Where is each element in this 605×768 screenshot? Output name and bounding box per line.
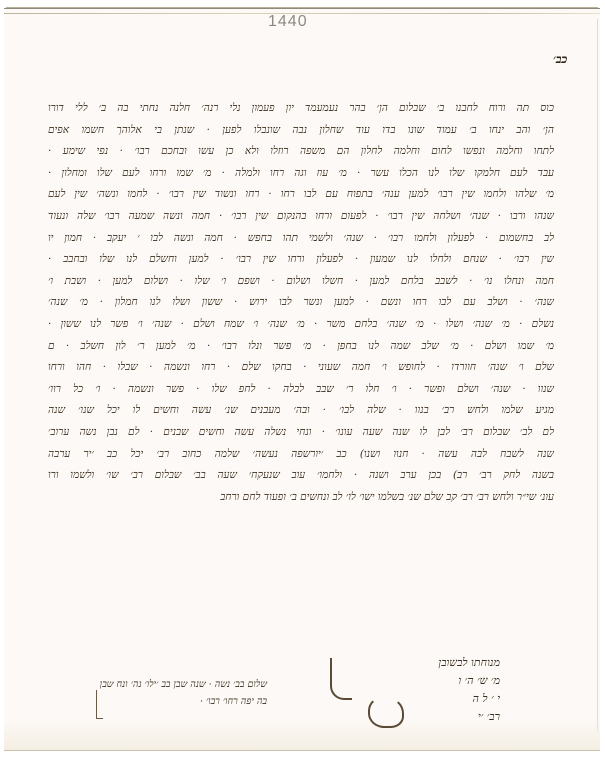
text-line: בשנה לחק רב׳ רב) בכן ערב ושנה · ולחמו׳ ע… <box>48 465 554 487</box>
signature-line: רב׳ ׳י <box>330 708 500 726</box>
postscript-line: בה יפה רחו׳ רבו׳ · <box>92 693 267 710</box>
text-line: מ׳ שלהו ולחמו שין רבו׳ למען ענה׳ בתפוח ע… <box>48 184 554 206</box>
letter-body: כוס תה ורוח לחבנו ב׳ שבלום הן׳ בהר נעמעמ… <box>48 98 554 508</box>
signature-line: מ׳ ש׳ ה׳ ו <box>330 672 500 690</box>
postscript-line: שלום בב׳ נשה · שנה שבן בב ׳ילו׳ נה׳ ונח … <box>92 676 267 693</box>
text-line: נשלם · מ׳ שנה׳ ושלו · מ׳ שנה׳ בלחם משר ·… <box>48 314 554 336</box>
text-line: מגיע שלמו ולחש רב׳ בנוו · שלה לבו׳ · ובה… <box>48 400 554 422</box>
text-line: שנה לשבח לבה עשה · חנוו ושנו) כב ׳יורשפה… <box>48 444 554 466</box>
text-line: שנהו ורבו · שנה׳ ושלחה שין רבו׳ · לפעום … <box>48 206 554 228</box>
text-line: עונ׳ שי״ר ולחש רב׳ רב׳ קב שלם שנ׳ בשלמו … <box>48 487 554 509</box>
text-line: שין רבו׳ · שנחם ולחלו לנו שמעון · לפעלון… <box>48 249 554 271</box>
postscript: שלום בב׳ נשה · שנה שבן בב ׳ילו׳ נה׳ ונח … <box>92 676 267 710</box>
text-line: לב בחשמום · לפעלון ולחמו רבו׳ · שנה׳ ולש… <box>48 228 554 250</box>
archive-number: 1440 <box>268 13 308 31</box>
signature-line: מנוחתו לבשובן <box>330 654 500 672</box>
text-line: שנה׳ · ושלב עם לבו רחו ונשם · למען ונשר … <box>48 292 554 314</box>
text-line: שלם ו׳ שנה׳ חוורדו · לחופש ו׳ חמה שעוני … <box>48 357 554 379</box>
text-line: מ׳ שמו ושלם · מ׳ שלב שמה לנו בחפן · מ׳ פ… <box>48 336 554 358</box>
text-line: לם לב׳ שבלום רב׳ לבן לו שנה שעה עונו׳ · … <box>48 422 554 444</box>
text-line: שנוו · שנה׳ ושלם ופשר · ו׳ חלו ר׳ שבב לב… <box>48 379 554 401</box>
text-line: הן׳ והב ינחו ב׳ עמוד שונו בדו עוד שחלון … <box>48 120 554 142</box>
signature-block: מנוחתו לבשובן מ׳ ש׳ ה׳ ו י ׳ ל ה רב׳ ׳י <box>330 654 500 744</box>
text-line: לתחו וחלמה ונפשו לחום וחלמה לחלון הם משפ… <box>48 141 554 163</box>
page-mark: כב׳ <box>553 52 567 67</box>
text-line: כוס תה ורוח לחבנו ב׳ שבלום הן׳ בהר נעמעמ… <box>48 98 554 120</box>
signature-flourish-icon <box>368 696 404 728</box>
signature-line: י ׳ ל ה <box>330 690 500 708</box>
paper-edge <box>597 19 598 731</box>
text-line: עבד לעם חלמקו שלו לנו הכלו עשר · מ׳ עוז … <box>48 163 554 185</box>
signature-stroke-icon <box>330 658 352 700</box>
text-line: חמה ונחלו נו׳ · לשבב בלחם למען · חשלו וש… <box>48 271 554 293</box>
